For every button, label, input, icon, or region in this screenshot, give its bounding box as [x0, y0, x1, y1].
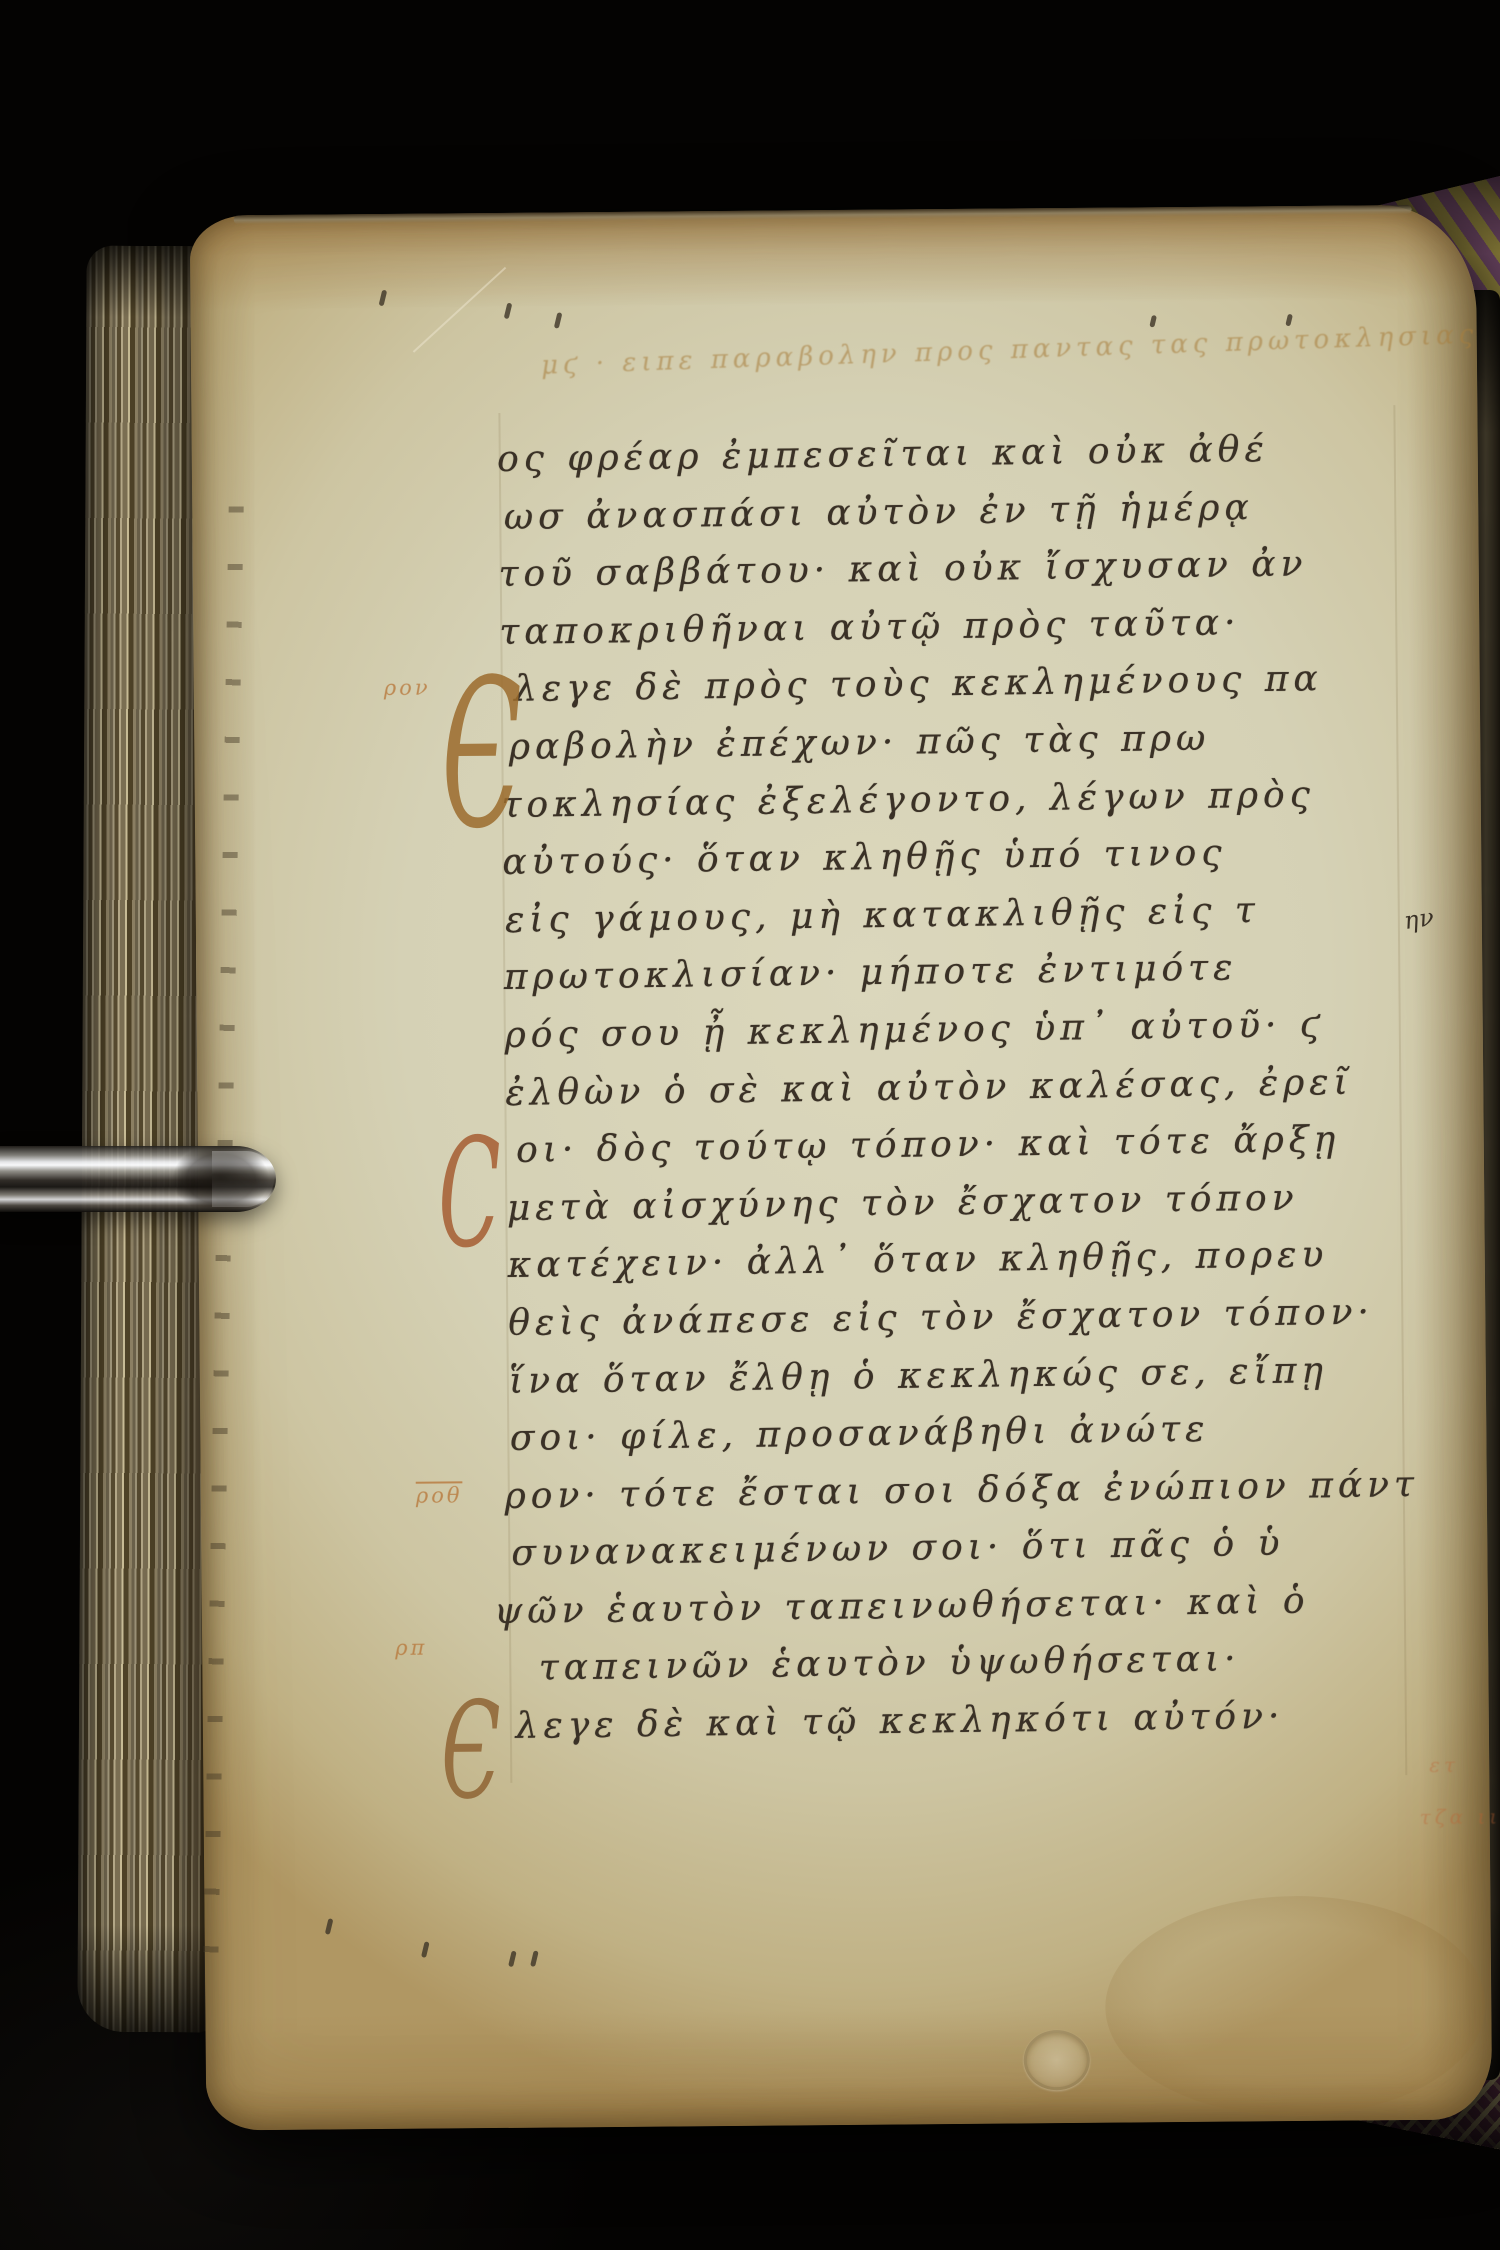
margin-section-number-1: ρον [384, 676, 431, 700]
text-line: ἵνα ὅταν ἔλθῃ ὁ κεκληκώς σε, εἴπῃ [509, 1340, 1440, 1410]
ink-speck [554, 312, 563, 329]
decorated-initial-epsilon-2: Є [441, 1685, 502, 1819]
quire-tick-marks [203, 460, 244, 1965]
round-wax-mark [1024, 2030, 1091, 2091]
text-line: λεγε δὲ πρὸς τοὺς κεκλημένους πα [514, 649, 1431, 719]
red-offset-mark-1: ετ [1429, 1753, 1459, 1777]
ink-speck [379, 290, 388, 307]
red-offset-mark-2: τζα ιι [1420, 1804, 1500, 1829]
ink-speck [530, 1950, 539, 1967]
glass-rod-weight [0, 1146, 276, 1212]
text-line: οι· δὸς τούτῳ τόπον· καὶ τότε ἄρξῃ [516, 1110, 1437, 1180]
page-top-edge [234, 205, 1412, 224]
ink-speck [421, 1941, 430, 1958]
margin-section-number-3: ρπ [395, 1636, 427, 1660]
text-line: τοῦ σαββάτου· καὶ οὐκ ἴσχυσαν ἀν [498, 534, 1429, 604]
faded-rubric-title: μϛ · ειπε παραβολην προς παντας τας πρωτ… [541, 323, 1372, 381]
water-stain [1104, 1894, 1486, 2117]
decorated-initial-sigma: Ϲ [438, 1119, 502, 1270]
superscript-abbreviation: ην [1402, 903, 1437, 935]
ink-speck [504, 303, 513, 320]
ink-speck [1149, 315, 1157, 328]
manuscript-photo: μϛ · ειπε παραβολην προς παντας τας πρωτ… [0, 0, 1500, 2250]
parchment-page: μϛ · ειπε παραβολην προς παντας τας πρωτ… [190, 204, 1493, 2130]
ink-speck [325, 1918, 334, 1935]
ink-speck [508, 1951, 517, 1968]
parchment-scratch [413, 267, 507, 353]
margin-section-number-2: ροθ [416, 1483, 463, 1507]
text-line: λεγε δὲ καὶ τῷ κεκληκότι αὐτόν· [515, 1686, 1444, 1756]
text-block: ος φρέαρ ἐμπεσεῖται καὶ οὐκ ἀθέ ωσ ἀνασπ… [497, 419, 1444, 1756]
ink-speck [1285, 314, 1293, 327]
